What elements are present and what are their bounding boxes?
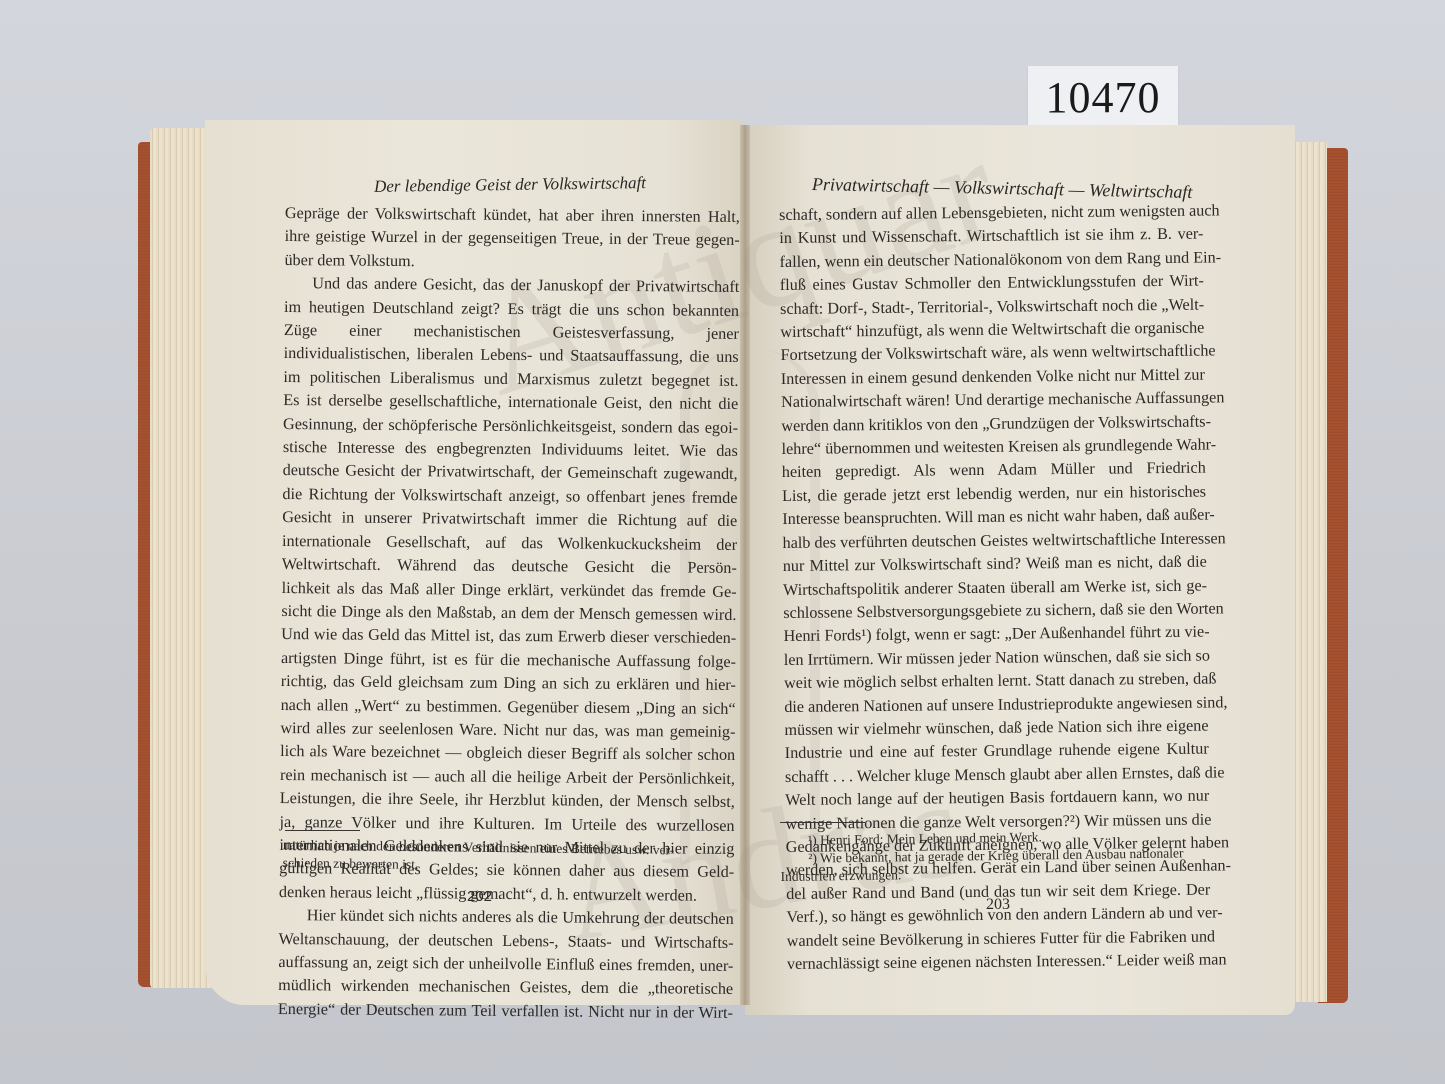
text-line: Gesicht in unserer Privatwirtschaft imme… — [282, 506, 737, 533]
text-line: Leistungen, die ihre Seele, ihr Herzblut… — [280, 787, 735, 814]
inventory-number: 10470 — [1046, 72, 1161, 123]
right-page-number: 203 — [986, 896, 1010, 914]
footnote-rule-left — [285, 830, 360, 831]
inventory-number-label: 10470 — [1028, 66, 1178, 128]
text-line: Hier kündet sich nichts anderes als die … — [279, 904, 734, 931]
text-line: Weltwirtschaft. Während das deutsche Ges… — [282, 553, 737, 580]
text-line: Und das andere Gesicht, das der Januskop… — [284, 272, 739, 299]
left-page-number: 202 — [467, 888, 492, 905]
left-running-header: Der lebendige Geist der Volkswirtschaft — [374, 173, 646, 197]
text-line: Es ist derselbe gesellschaftliche, inter… — [283, 389, 738, 416]
page-stack-left — [150, 128, 212, 988]
left-page-body: Gepräge der Volkswirtschaft kündet, hat … — [278, 202, 740, 1025]
text-line: richtig, das Geld gleichsam zum Ding an … — [281, 670, 736, 697]
right-footnotes: ¹) Henri Ford: Mein Leben und mein Werk.… — [780, 826, 1211, 886]
text-line: Energie“ der Deutschen zum Teil verfalle… — [278, 998, 733, 1025]
left-footnotes: natürlich je nach den besonderen Verhält… — [282, 836, 742, 878]
text-line: Und wie das Geld das Mittel ist, das zum… — [281, 623, 736, 650]
text-line: vernachlässigt seine eigenen nächsten In… — [787, 949, 1211, 977]
footnote-rule-right — [780, 822, 865, 823]
